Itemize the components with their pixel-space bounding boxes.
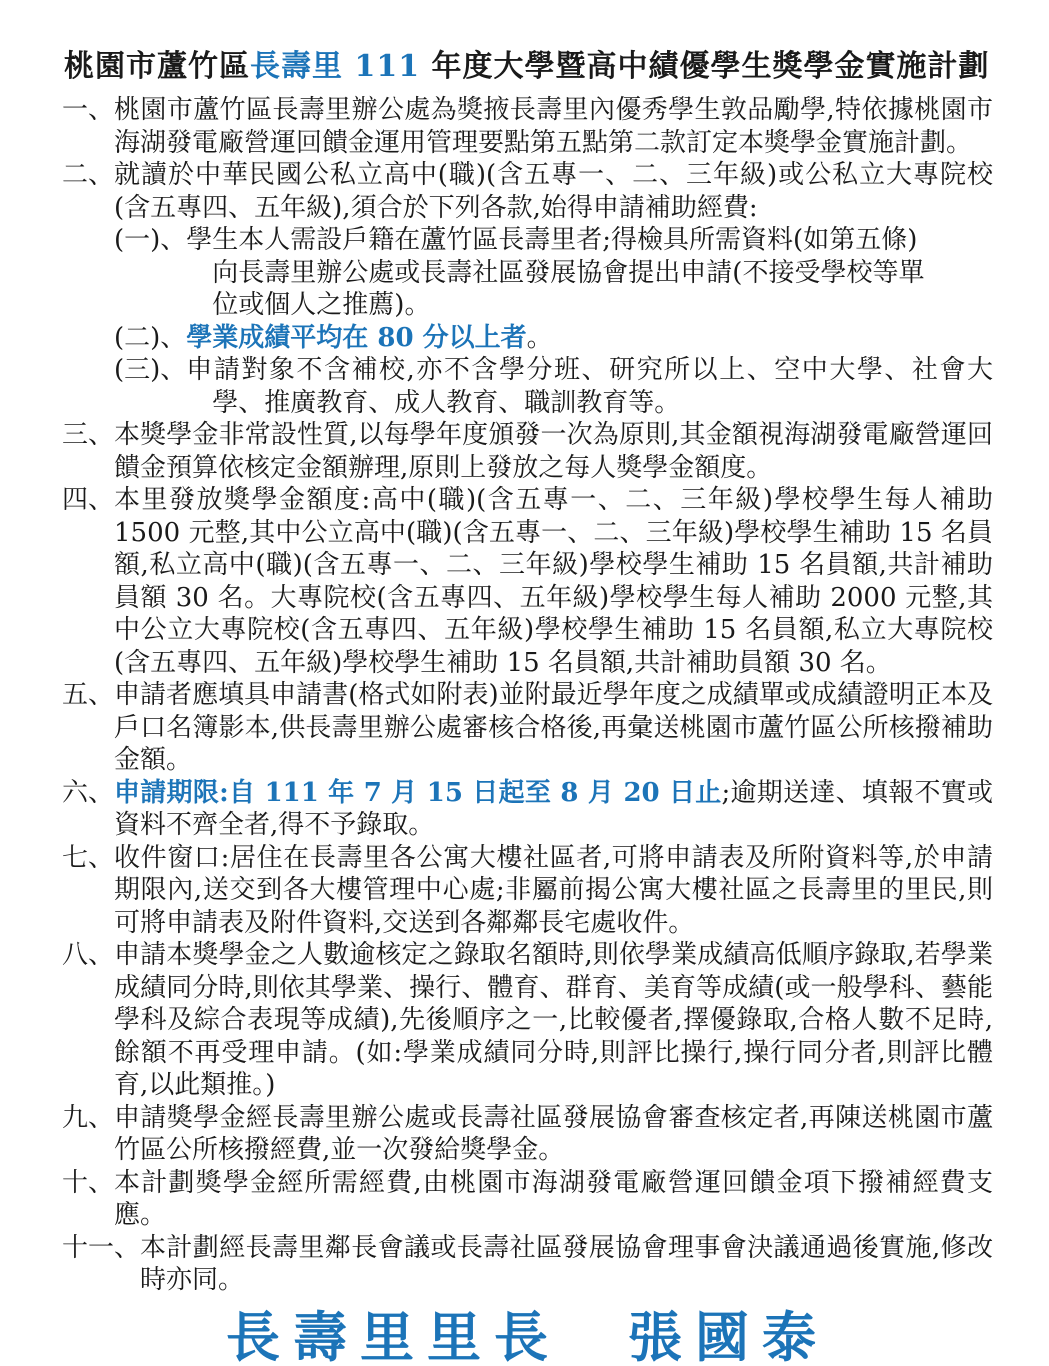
sub-item-1: (一)、 學生本人需設戶籍在蘆竹區長壽里者;得檢具所需資料(如第五條) 向長壽里… bbox=[114, 224, 993, 322]
text-segment: 申請獎學金經長壽里辦公處或長壽社區發展協會審查核定者,再陳送桃園市蘆竹區公所核撥… bbox=[114, 1103, 993, 1166]
item-marker: 四、 bbox=[62, 484, 114, 517]
item-marker: 八、 bbox=[62, 939, 114, 972]
item-text: 桃園市蘆竹區長壽里辦公處為獎掖長壽里內優秀學生敦品勵學,特依據桃園市海湖發電廠營… bbox=[114, 94, 993, 159]
item-marker: 三、 bbox=[62, 419, 114, 452]
item-marker: 六、 bbox=[62, 777, 114, 810]
item-marker: 五、 bbox=[62, 679, 114, 712]
item-text: 申請對象不含補校,亦不含學分班、研究所以上、空中大學、社會大學、推廣教育、成人教… bbox=[186, 354, 993, 419]
text-segment: 桃園市蘆竹區長壽里辦公處為獎掖長壽里內優秀學生敦品勵學,特依據桃園市海湖發電廠營… bbox=[114, 95, 993, 158]
sublist-of-item-2: (一)、 學生本人需設戶籍在蘆竹區長壽里者;得檢具所需資料(如第五條) 向長壽里… bbox=[114, 224, 993, 419]
item-text: 收件窗口:居住在長壽里各公寓大樓社區者,可將申請表及所附資料等,於申請期限內,送… bbox=[114, 842, 993, 940]
list-item-6: 六、 申請期限:自 111 年 7 月 15 日起至 8 月 20 日止;逾期送… bbox=[62, 777, 993, 842]
item-marker: 九、 bbox=[62, 1102, 114, 1135]
list-item-7: 七、 收件窗口:居住在長壽里各公寓大樓社區者,可將申請表及所附資料等,於申請期限… bbox=[62, 842, 993, 940]
list-item-1: 一、 桃園市蘆竹區長壽里辦公處為獎掖長壽里內優秀學生敦品勵學,特依據桃園市海湖發… bbox=[62, 94, 993, 159]
item-text: 本里發放獎學金額度:高中(職)(含五專一、二、三年級)學校學生每人補助 1500… bbox=[114, 484, 993, 679]
item-text: 本計劃經長壽里鄰長會議或長壽社區發展協會理事會決議通過後實施,修改時亦同。 bbox=[140, 1232, 993, 1297]
list-item-3: 三、 本獎學金非常設性質,以每學年度頒發一次為原則,其金額視海湖發電廠營運回饋金… bbox=[62, 419, 993, 484]
item-marker: 七、 bbox=[62, 842, 114, 875]
text-segment-accent: 學業成績平均在 80 分以上者 bbox=[186, 323, 526, 353]
item-marker: 十、 bbox=[62, 1167, 114, 1200]
text-segment: 申請對象不含補校,亦不含學分班、研究所以上、空中大學、社會大學、推廣教育、成人教… bbox=[186, 355, 993, 418]
item-text: 本獎學金非常設性質,以每學年度頒發一次為原則,其金額視海湖發電廠營運回饋金預算依… bbox=[114, 419, 993, 484]
text-segment: 收件窗口:居住在長壽里各公寓大樓社區者,可將申請表及所附資料等,於申請期限內,送… bbox=[114, 843, 993, 938]
item-marker: (二)、 bbox=[114, 322, 186, 355]
item-text: 本計劃獎學金經所需經費,由桃園市海湖發電廠營運回饋金項下撥補經費支應。 bbox=[114, 1167, 993, 1232]
item-marker: 一、 bbox=[62, 94, 114, 127]
text-segment: 。 bbox=[527, 323, 553, 353]
list-item-10: 十、 本計劃獎學金經所需經費,由桃園市海湖發電廠營運回饋金項下撥補經費支應。 bbox=[62, 1167, 993, 1232]
text-segment: 學生本人需設戶籍在蘆竹區長壽里者;得檢具所需資料(如第五條) 向長壽里辦公處或長… bbox=[186, 225, 924, 320]
list-item-9: 九、 申請獎學金經長壽里辦公處或長壽社區發展協會審查核定者,再陳送桃園市蘆竹區公… bbox=[62, 1102, 993, 1167]
title-prefix: 桃園市蘆竹區 bbox=[64, 49, 250, 84]
text-segment-accent: 申請期限:自 111 年 7 月 15 日起至 8 月 20 日止 bbox=[114, 778, 721, 808]
signature: 長壽里里長 張國泰 bbox=[62, 1307, 993, 1366]
page-title: 桃園市蘆竹區長壽里 111 年度大學暨高中績優學生獎學金實施計劃 bbox=[64, 46, 993, 88]
item-text: 申請者應填具申請書(格式如附表)並附最近學年度之成績單或成績證明正本及戶口名簿影… bbox=[114, 679, 993, 777]
text-segment: 申請本獎學金之人數逾核定之錄取名額時,則依學業成績高低順序錄取,若學業成績同分時… bbox=[114, 940, 993, 1100]
text-segment: 申請者應填具申請書(格式如附表)並附最近學年度之成績單或成績證明正本及戶口名簿影… bbox=[114, 680, 993, 775]
item-text: 學生本人需設戶籍在蘆竹區長壽里者;得檢具所需資料(如第五條) 向長壽里辦公處或長… bbox=[186, 224, 993, 322]
text-segment: 本計劃獎學金經所需經費,由桃園市海湖發電廠營運回饋金項下撥補經費支應。 bbox=[114, 1168, 993, 1231]
item-marker: (一)、 bbox=[114, 224, 186, 257]
text-segment: 本獎學金非常設性質,以每學年度頒發一次為原則,其金額視海湖發電廠營運回饋金預算依… bbox=[114, 420, 993, 483]
item-text: 學業成績平均在 80 分以上者。 bbox=[186, 322, 993, 355]
title-suffix: 年度大學暨高中績優學生獎學金實施計劃 bbox=[420, 49, 989, 84]
item-marker: 十一、 bbox=[62, 1232, 140, 1265]
list-item-4: 四、 本里發放獎學金額度:高中(職)(含五專一、二、三年級)學校學生每人補助 1… bbox=[62, 484, 993, 679]
list-item-5: 五、 申請者應填具申請書(格式如附表)並附最近學年度之成績單或成績證明正本及戶口… bbox=[62, 679, 993, 777]
text-segment: 本計劃經長壽里鄰長會議或長壽社區發展協會理事會決議通過後實施,修改時亦同。 bbox=[140, 1233, 993, 1296]
item-marker: 二、 bbox=[62, 159, 114, 192]
item-text: 申請獎學金經長壽里辦公處或長壽社區發展協會審查核定者,再陳送桃園市蘆竹區公所核撥… bbox=[114, 1102, 993, 1167]
sub-item-3: (三)、 申請對象不含補校,亦不含學分班、研究所以上、空中大學、社會大學、推廣教… bbox=[114, 354, 993, 419]
list-item-2: 二、 就讀於中華民國公私立高中(職)(含五專一、二、三年級)或公私立大專院校(含… bbox=[62, 159, 993, 224]
item-marker: (三)、 bbox=[114, 354, 186, 387]
list-item-11: 十一、 本計劃經長壽里鄰長會議或長壽社區發展協會理事會決議通過後實施,修改時亦同… bbox=[62, 1232, 993, 1297]
item-text: 申請期限:自 111 年 7 月 15 日起至 8 月 20 日止;逾期送達、填… bbox=[114, 777, 993, 842]
scholarship-document-page: 桃園市蘆竹區長壽里 111 年度大學暨高中績優學生獎學金實施計劃 一、 桃園市蘆… bbox=[0, 0, 1049, 1366]
list-item-8: 八、 申請本獎學金之人數逾核定之錄取名額時,則依學業成績高低順序錄取,若學業成績… bbox=[62, 939, 993, 1102]
sub-item-2: (二)、 學業成績平均在 80 分以上者。 bbox=[114, 322, 993, 355]
text-segment: 本里發放獎學金額度:高中(職)(含五專一、二、三年級)學校學生每人補助 1500… bbox=[114, 485, 1001, 678]
title-highlight: 長壽里 111 bbox=[250, 49, 420, 84]
text-segment: 就讀於中華民國公私立高中(職)(含五專一、二、三年級)或公私立大專院校(含五專四… bbox=[114, 160, 993, 223]
item-text: 申請本獎學金之人數逾核定之錄取名額時,則依學業成績高低順序錄取,若學業成績同分時… bbox=[114, 939, 993, 1102]
item-text: 就讀於中華民國公私立高中(職)(含五專一、二、三年級)或公私立大專院校(含五專四… bbox=[114, 159, 993, 224]
